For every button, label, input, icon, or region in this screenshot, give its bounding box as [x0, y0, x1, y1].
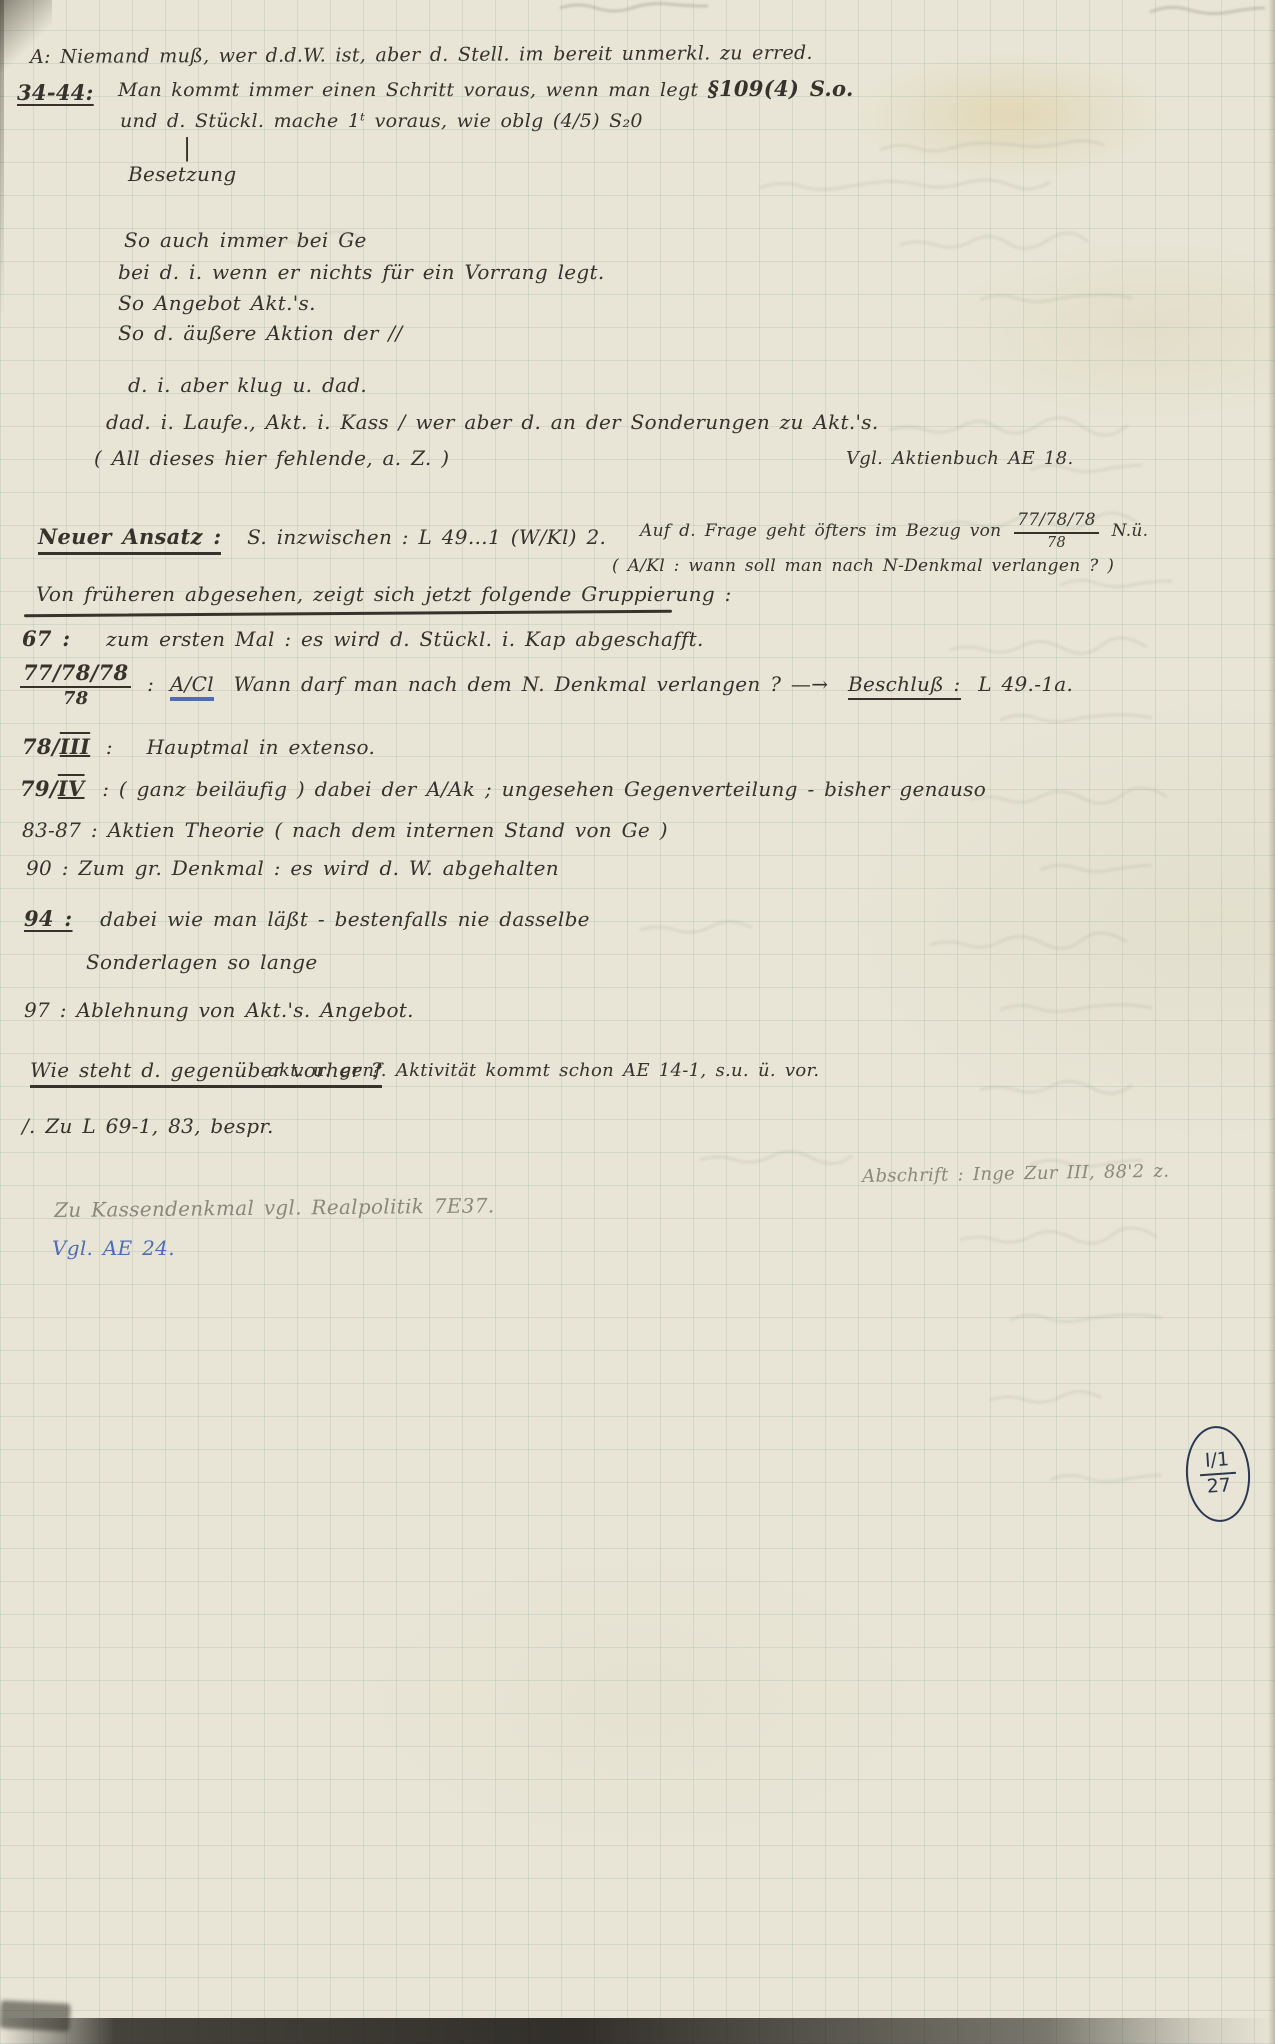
list-item: 78/III : Hauptmal in extenso.	[22, 734, 375, 759]
list-item-text: dabei wie man läßt - bestenfalls nie das…	[100, 907, 590, 931]
list-item-number-prefix: 78/	[22, 734, 60, 759]
section-heading: Neuer Ansatz :	[38, 524, 221, 555]
line-text-bold: §109(4) S.o.	[708, 76, 854, 101]
blue-pencil-reference: Vgl. AE 24.	[52, 1236, 175, 1260]
fraction: 77/78/78 78	[1014, 512, 1099, 551]
list-item-text: : ( ganz beiläufig ) dabei der A/Ak ; un…	[102, 777, 986, 801]
annotation-line: Auf d. Frage geht öfters im Bezug von 77…	[640, 512, 1148, 551]
handwritten-line: und d. Stückl. mache 1ᵗ voraus, wie oblg…	[120, 110, 643, 132]
list-item: 83-87 : Aktien Theorie ( nach dem intern…	[22, 818, 668, 842]
list-item-number: 67 :	[22, 626, 71, 651]
list-item: 94 : dabei wie man läßt - bestenfalls ni…	[24, 906, 590, 931]
stamp-top-label: I/1	[1204, 1450, 1229, 1472]
fraction-numerator: 77/78/78	[1014, 512, 1099, 534]
handwritten-line: Sonderlagen so lange	[86, 950, 318, 974]
margin-reference: Vgl. Aktienbuch AE 18.	[846, 448, 1073, 469]
list-item-number-prefix: 79/	[20, 776, 58, 801]
handwritten-line: Man kommt immer einen Schritt voraus, we…	[118, 76, 854, 101]
section-heading-rest: S. inzwischen : L 49…1 (W/Kl) 2.	[247, 525, 606, 549]
handwritten-line: dad. i. Laufe., Akt. i. Kass / wer aber …	[106, 410, 879, 434]
section-heading-line: Neuer Ansatz : S. inzwischen : L 49…1 (W…	[38, 524, 606, 549]
fraction-numerator: 77/78/78	[20, 662, 131, 688]
list-item-roman: III	[60, 734, 90, 759]
list-item-colon: :	[106, 735, 113, 759]
handwritten-line: A: Niemand muß, wer d.d.W. ist, aber d. …	[30, 42, 813, 68]
list-item-text: zum ersten Mal : es wird d. Stückl. i. K…	[106, 627, 704, 651]
handwritten-line: Besetzung	[128, 162, 236, 186]
beschluss-reference: L 49.-1a.	[978, 672, 1073, 696]
annotation-text: N.ü.	[1112, 521, 1149, 541]
list-item-text: Wann darf man nach dem N. Denkmal verlan…	[234, 672, 829, 696]
ink-tick-mark: |	[183, 134, 191, 162]
annotation-text: Auf d. Frage geht öfters im Bezug von	[640, 521, 1001, 541]
list-item-roman: IV	[58, 776, 85, 801]
handwritten-line: /. Zu L 69-1, 83, bespr.	[22, 1114, 274, 1138]
line-text: Man kommt immer einen Schritt voraus, we…	[118, 79, 698, 101]
stamp-bottom-label: 27	[1206, 1476, 1232, 1498]
fraction: 77/78/78 78	[20, 662, 131, 709]
list-item: 67 : zum ersten Mal : es wird d. Stückl.…	[22, 626, 704, 651]
list-item-text: Hauptmal in extenso.	[147, 735, 376, 759]
beschluss-label: Beschluß :	[848, 672, 961, 700]
list-item: 90 : Zum gr. Denkmal : es wird d. W. abg…	[26, 856, 559, 880]
handwritten-line: So d. äußere Aktion der //	[118, 321, 402, 345]
annotation-line: ( A/Kl : wann soll man nach N-Denkmal ve…	[612, 556, 1114, 576]
handwritten-line: akt. u. genf. Aktivität kommt schon AE 1…	[268, 1060, 819, 1081]
highlighted-token: A/Cl	[170, 672, 214, 701]
handwritten-line: So auch immer bei Ge	[124, 228, 367, 252]
handwritten-line-number: 34-44:	[17, 80, 94, 105]
pencil-note: Zu Kassendenkmal vgl. Realpolitik 7E37.	[54, 1193, 495, 1222]
handwritten-line: d. i. aber klug u. dad.	[128, 373, 367, 397]
handwritten-line: So Angebot Akt.'s.	[118, 291, 316, 315]
handwritten-line: ( All dieses hier fehlende, a. Z. )	[94, 446, 449, 470]
handwritten-line: Von früheren abgesehen, zeigt sich jetzt…	[36, 582, 732, 606]
handwritten-line: bei d. i. wenn er nichts für ein Vorrang…	[118, 260, 605, 284]
list-item: 97 : Ablehnung von Akt.'s. Angebot.	[24, 998, 414, 1022]
list-item-number: 94 :	[24, 906, 73, 931]
scanned-page: A: Niemand muß, wer d.d.W. ist, aber d. …	[0, 0, 1275, 2044]
fraction-denominator: 78	[20, 688, 131, 709]
list-item: 79/IV : ( ganz beiläufig ) dabei der A/A…	[20, 776, 986, 801]
fraction-denominator: 78	[1014, 534, 1099, 551]
list-item: 77/78/78 78 : A/Cl Wann darf man nach de…	[20, 662, 1073, 709]
list-item-colon: :	[147, 672, 154, 696]
